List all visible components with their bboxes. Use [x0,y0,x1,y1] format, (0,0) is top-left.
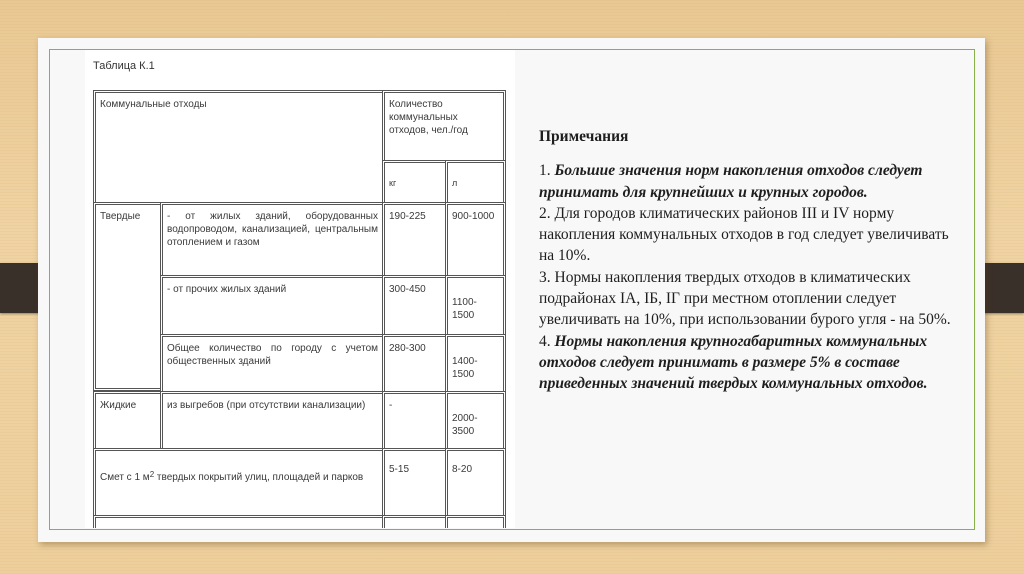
table-row-3-description: Общее количество по городу с учетом обще… [160,334,385,394]
table-row-5-description: Смет с 1 м2 твердых покрытий улиц, площа… [93,448,385,518]
notes-panel: Примечания 1. Большие значения норм нако… [539,126,959,395]
table-row-2-l: 1100- 1500 [445,275,506,337]
table-row-3-kg: 280-300 [382,334,448,394]
note-4: 4. Нормы накопления крупногабаритных ком… [539,331,959,395]
table-row-1-description: - от жилых зданий, оборудованных водопро… [160,202,385,278]
slide-paper: Таблица К.1 Коммунальные отходы Количест… [38,38,985,542]
category-liquid: Жидкие [93,391,163,451]
table-row-3-l: 1400- 1500 [445,334,506,394]
category-solid: Твердые [93,202,163,391]
header-waste-type: Коммунальные отходы [93,90,385,205]
table-caption: Таблица К.1 [93,60,155,72]
header-unit-l-label: л [452,178,457,188]
table-row-partial-l [445,515,506,528]
header-quantity-label: Количество коммунальных отходов, чел./го… [389,98,479,137]
table-row-5-l: 8-20 [445,448,506,518]
header-unit-kg-label: кг [389,178,396,188]
note-2: 2. Для городов климатических районов III… [539,203,959,267]
table-row-4-l: 2000- 3500 [445,391,506,451]
waste-norms-table-image: Таблица К.1 Коммунальные отходы Количест… [85,50,515,528]
table-row-5-kg: 5-15 [382,448,448,518]
note-3: 3. Нормы накопления твердых отходов в кл… [539,267,959,331]
table-row-partial-kg [382,515,448,528]
header-quantity: Количество коммунальных отходов, чел./го… [382,90,506,163]
table-row-1-kg: 190-225 [382,202,448,278]
category-solid-label: Твердые [100,211,140,222]
category-liquid-label: Жидкие [100,400,136,411]
table-row-1-l: 900-1000 [445,202,506,278]
table-row-2-description: - от прочих жилых зданий [160,275,385,337]
table-row-4-description: из выгребов (при отсутствии канализации) [160,391,385,451]
notes-title: Примечания [539,126,959,147]
table-row-partial [93,515,385,528]
header-unit-kg: кг [382,160,448,205]
note-1: 1. Большие значения норм накопления отхо… [539,160,959,203]
table-row-4-kg: - [382,391,448,451]
header-unit-l: л [445,160,506,205]
header-waste-type-label: Коммунальные отходы [100,99,207,110]
table-row-2-kg: 300-450 [382,275,448,337]
